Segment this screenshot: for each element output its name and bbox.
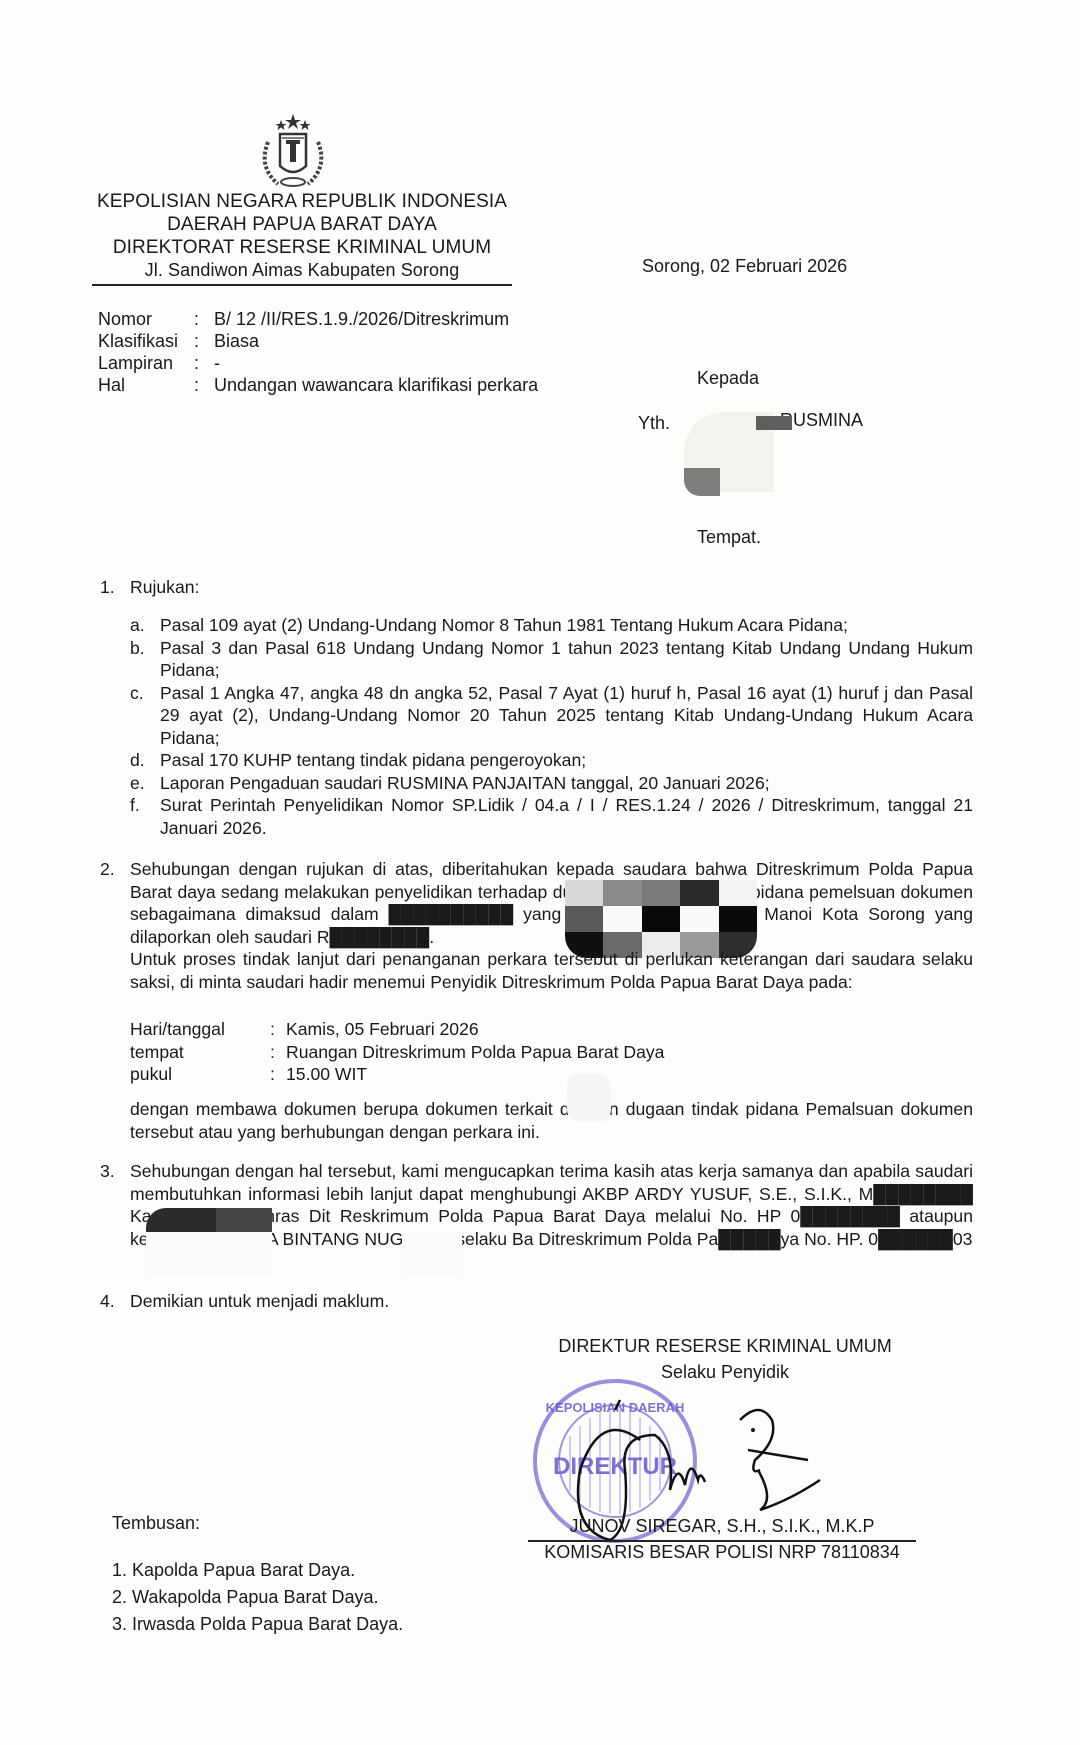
reference-item: d.Pasal 170 KUHP tentang tindak pidana p…: [130, 749, 973, 772]
meta-row-hal: Hal: Undangan wawancara klarifikasi perk…: [98, 374, 538, 396]
meta-row-nomor: Nomor: B/ 12 /II/RES.1.9./2026/Ditreskri…: [98, 308, 538, 330]
point-2-paragraph-1: Sehubungan dengan rujukan di atas, diber…: [130, 858, 973, 948]
letterhead-divider: [92, 284, 512, 286]
meta-value: Biasa: [214, 330, 538, 352]
letter-meta: Nomor: B/ 12 /II/RES.1.9./2026/Ditreskri…: [98, 308, 538, 396]
meta-row-klasifikasi: Klasifikasi: Biasa: [98, 330, 538, 352]
letterhead: KEPOLISIAN NEGARA REPUBLIK INDONESIA DAE…: [92, 190, 512, 282]
letterhead-line2: DAERAH PAPUA BARAT DAYA: [92, 213, 512, 236]
point-number: 3.: [100, 1160, 115, 1183]
letterhead-line3: DIREKTORAT RESERSE KRIMINAL UMUM: [92, 236, 512, 259]
redaction-block: [146, 1232, 272, 1278]
recipient-name: RUSMINA: [780, 410, 863, 431]
letterhead-line1: KEPOLISIAN NEGARA REPUBLIK INDONESIA: [92, 190, 512, 213]
point-number: 4.: [100, 1290, 115, 1313]
point-2-paragraph-3: dengan membawa dokumen berupa dokumen te…: [130, 1098, 973, 1143]
recipient-yth: Yth.: [638, 413, 670, 434]
meta-value: Undangan wawancara klarifikasi perkara: [214, 374, 538, 396]
meta-label: Nomor: [98, 308, 194, 330]
carbon-copy-list: Tembusan: 1. Kapolda Papua Barat Daya. 2…: [112, 1510, 403, 1638]
place-date: Sorong, 02 Februari 2026: [642, 256, 847, 277]
reference-item: c.Pasal 1 Angka 47, angka 48 dn angka 52…: [130, 682, 973, 750]
schedule-row: tempat: Ruangan Ditreskrimum Polda Papua…: [130, 1041, 664, 1064]
references-list: a.Pasal 109 ayat (2) Undang-Undang Nomor…: [130, 614, 973, 839]
point-number: 2.: [100, 858, 115, 881]
meta-value: -: [214, 352, 538, 374]
redaction-block: [756, 416, 792, 430]
meta-label: Hal: [98, 374, 194, 396]
cc-title: Tembusan:: [112, 1510, 403, 1537]
redaction-block: [567, 1074, 611, 1122]
redaction-block: [216, 1208, 272, 1232]
redaction-block: [402, 1232, 462, 1278]
letterhead-address: Jl. Sandiwon Aimas Kabupaten Sorong: [92, 259, 512, 282]
reference-item: a.Pasal 109 ayat (2) Undang-Undang Nomor…: [130, 614, 973, 637]
cc-item: 3. Irwasda Polda Papua Barat Daya.: [112, 1611, 403, 1638]
point-2-paragraph-2: Untuk proses tindak lanjut dari penangan…: [130, 948, 973, 993]
signature-title: DIREKTUR RESERSE KRIMINAL UMUM: [540, 1336, 910, 1357]
point-number: 1.: [100, 576, 115, 599]
point-1-title: Rujukan:: [130, 576, 973, 599]
meta-label: Klasifikasi: [98, 330, 194, 352]
recipient-kepada: Kepada: [697, 368, 759, 389]
meta-label: Lampiran: [98, 352, 194, 374]
recipient-tempat: Tempat.: [697, 527, 761, 548]
reference-item: e.Laporan Pengaduan saudari RUSMINA PANJ…: [130, 772, 973, 795]
redaction-block: [684, 468, 720, 496]
reference-item: b.Pasal 3 dan Pasal 618 Undang Undang No…: [130, 637, 973, 682]
reference-item: f.Surat Perintah Penyelidikan Nomor SP.L…: [130, 794, 973, 839]
redaction-block: [146, 1208, 216, 1232]
signatory-rank-nrp: KOMISARIS BESAR POLISI NRP 78110834: [528, 1542, 916, 1563]
point-4-paragraph: Demikian untuk menjadi maklum.: [130, 1290, 973, 1313]
police-emblem-icon: [248, 112, 338, 194]
meta-value: B/ 12 /II/RES.1.9./2026/Ditreskrimum: [214, 308, 538, 330]
signatory-name: JUNOV SIREGAR, S.H., S.I.K., M.K.P: [530, 1516, 914, 1537]
cc-item: 2. Wakapolda Papua Barat Daya.: [112, 1584, 403, 1611]
meta-row-lampiran: Lampiran: -: [98, 352, 538, 374]
cc-item: 1. Kapolda Papua Barat Daya.: [112, 1557, 403, 1584]
schedule-row: Hari/tanggal: Kamis, 05 Februari 2026: [130, 1018, 664, 1041]
redaction-mosaic: [565, 880, 757, 958]
